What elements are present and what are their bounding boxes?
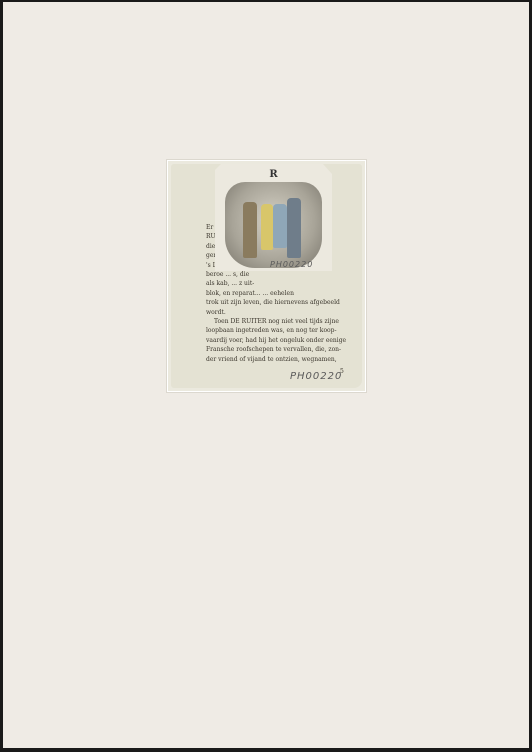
- text-line: wordt.: [206, 308, 359, 317]
- text-line: Toen DE RUITER nog niet veel tijds zijne: [206, 317, 359, 326]
- text-line: der vriend of vijand te ontzien, wegname…: [206, 355, 359, 364]
- text-line: vaardij voer, had hij het ongeluk onder …: [206, 336, 359, 345]
- text-line: trok uit zijn leven, die hiernevens afge…: [206, 298, 359, 307]
- text-line: Fransche roofschepen te vervallen, die, …: [206, 345, 359, 354]
- figure-blue: [273, 204, 287, 248]
- figure-man-right: [287, 198, 301, 258]
- figure-man-left: [243, 202, 257, 258]
- text-line: beroe ... s, die: [206, 270, 359, 279]
- text-line: blok, en reparat... ... eehelen: [206, 289, 359, 298]
- plate-letter: R: [215, 169, 332, 180]
- illustration-plate: R PH00220: [215, 164, 332, 271]
- text-line: als kab, ... z uit-: [206, 279, 359, 288]
- engraving-vignette: [225, 182, 322, 268]
- inventory-mark-plate: PH00220: [270, 260, 313, 269]
- text-line: loopbaan ingetreden was, en nog ter koop…: [206, 326, 359, 335]
- inventory-mark-sheet: PH00220: [290, 371, 342, 382]
- figure-yellow: [261, 204, 273, 250]
